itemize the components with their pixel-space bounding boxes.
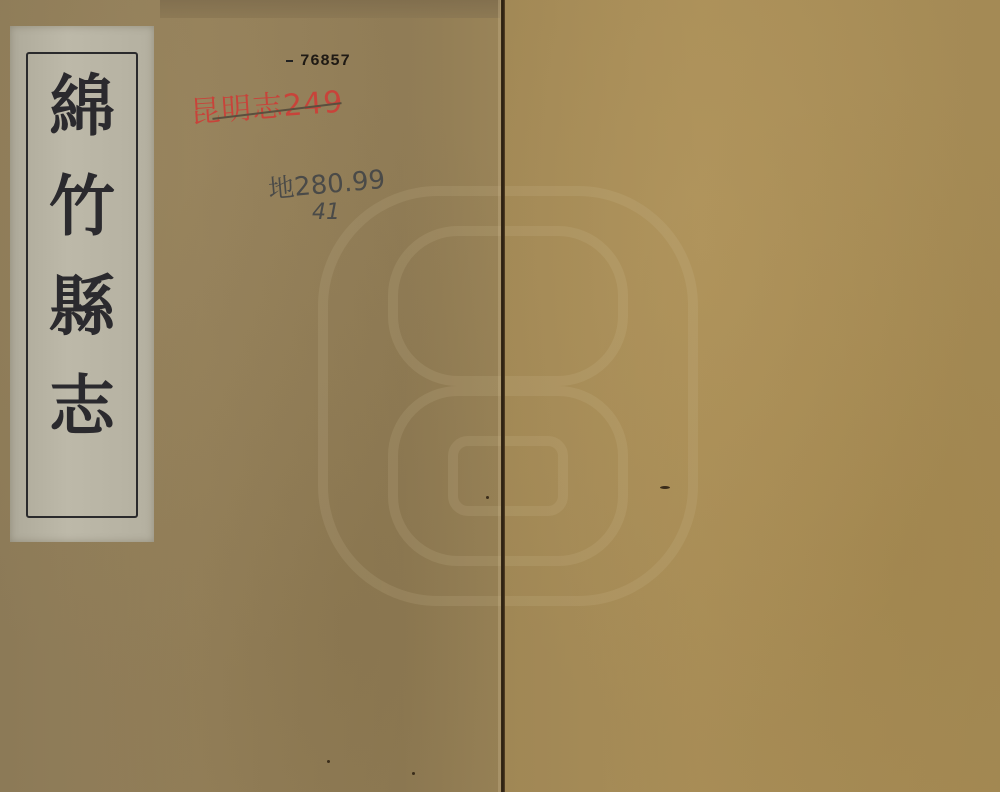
title-char-2: 竹 xyxy=(49,166,115,246)
accession-number-stamp: 76857 xyxy=(300,52,351,70)
paper-speck xyxy=(327,760,330,763)
paper-speck xyxy=(412,772,415,775)
title-char-4: 志 xyxy=(49,366,115,446)
book-cover-spread: 綿 竹 縣 志 76857 昆明志249 地280.99 41 xyxy=(0,0,1000,792)
title-label-slip: 綿 竹 縣 志 xyxy=(10,26,154,542)
library-watermark-logo xyxy=(318,186,698,606)
pencil-call-number-line2: 41 xyxy=(312,200,340,225)
title-char-1: 綿 xyxy=(49,66,115,146)
stamp-dash-mark xyxy=(286,60,293,62)
title-char-3: 縣 xyxy=(49,266,115,346)
top-edge-shadow xyxy=(160,0,500,18)
book-spine-fold xyxy=(501,0,505,792)
paper-speck xyxy=(660,486,670,489)
paper-speck xyxy=(486,496,489,499)
title-text: 綿 竹 縣 志 xyxy=(28,66,136,446)
